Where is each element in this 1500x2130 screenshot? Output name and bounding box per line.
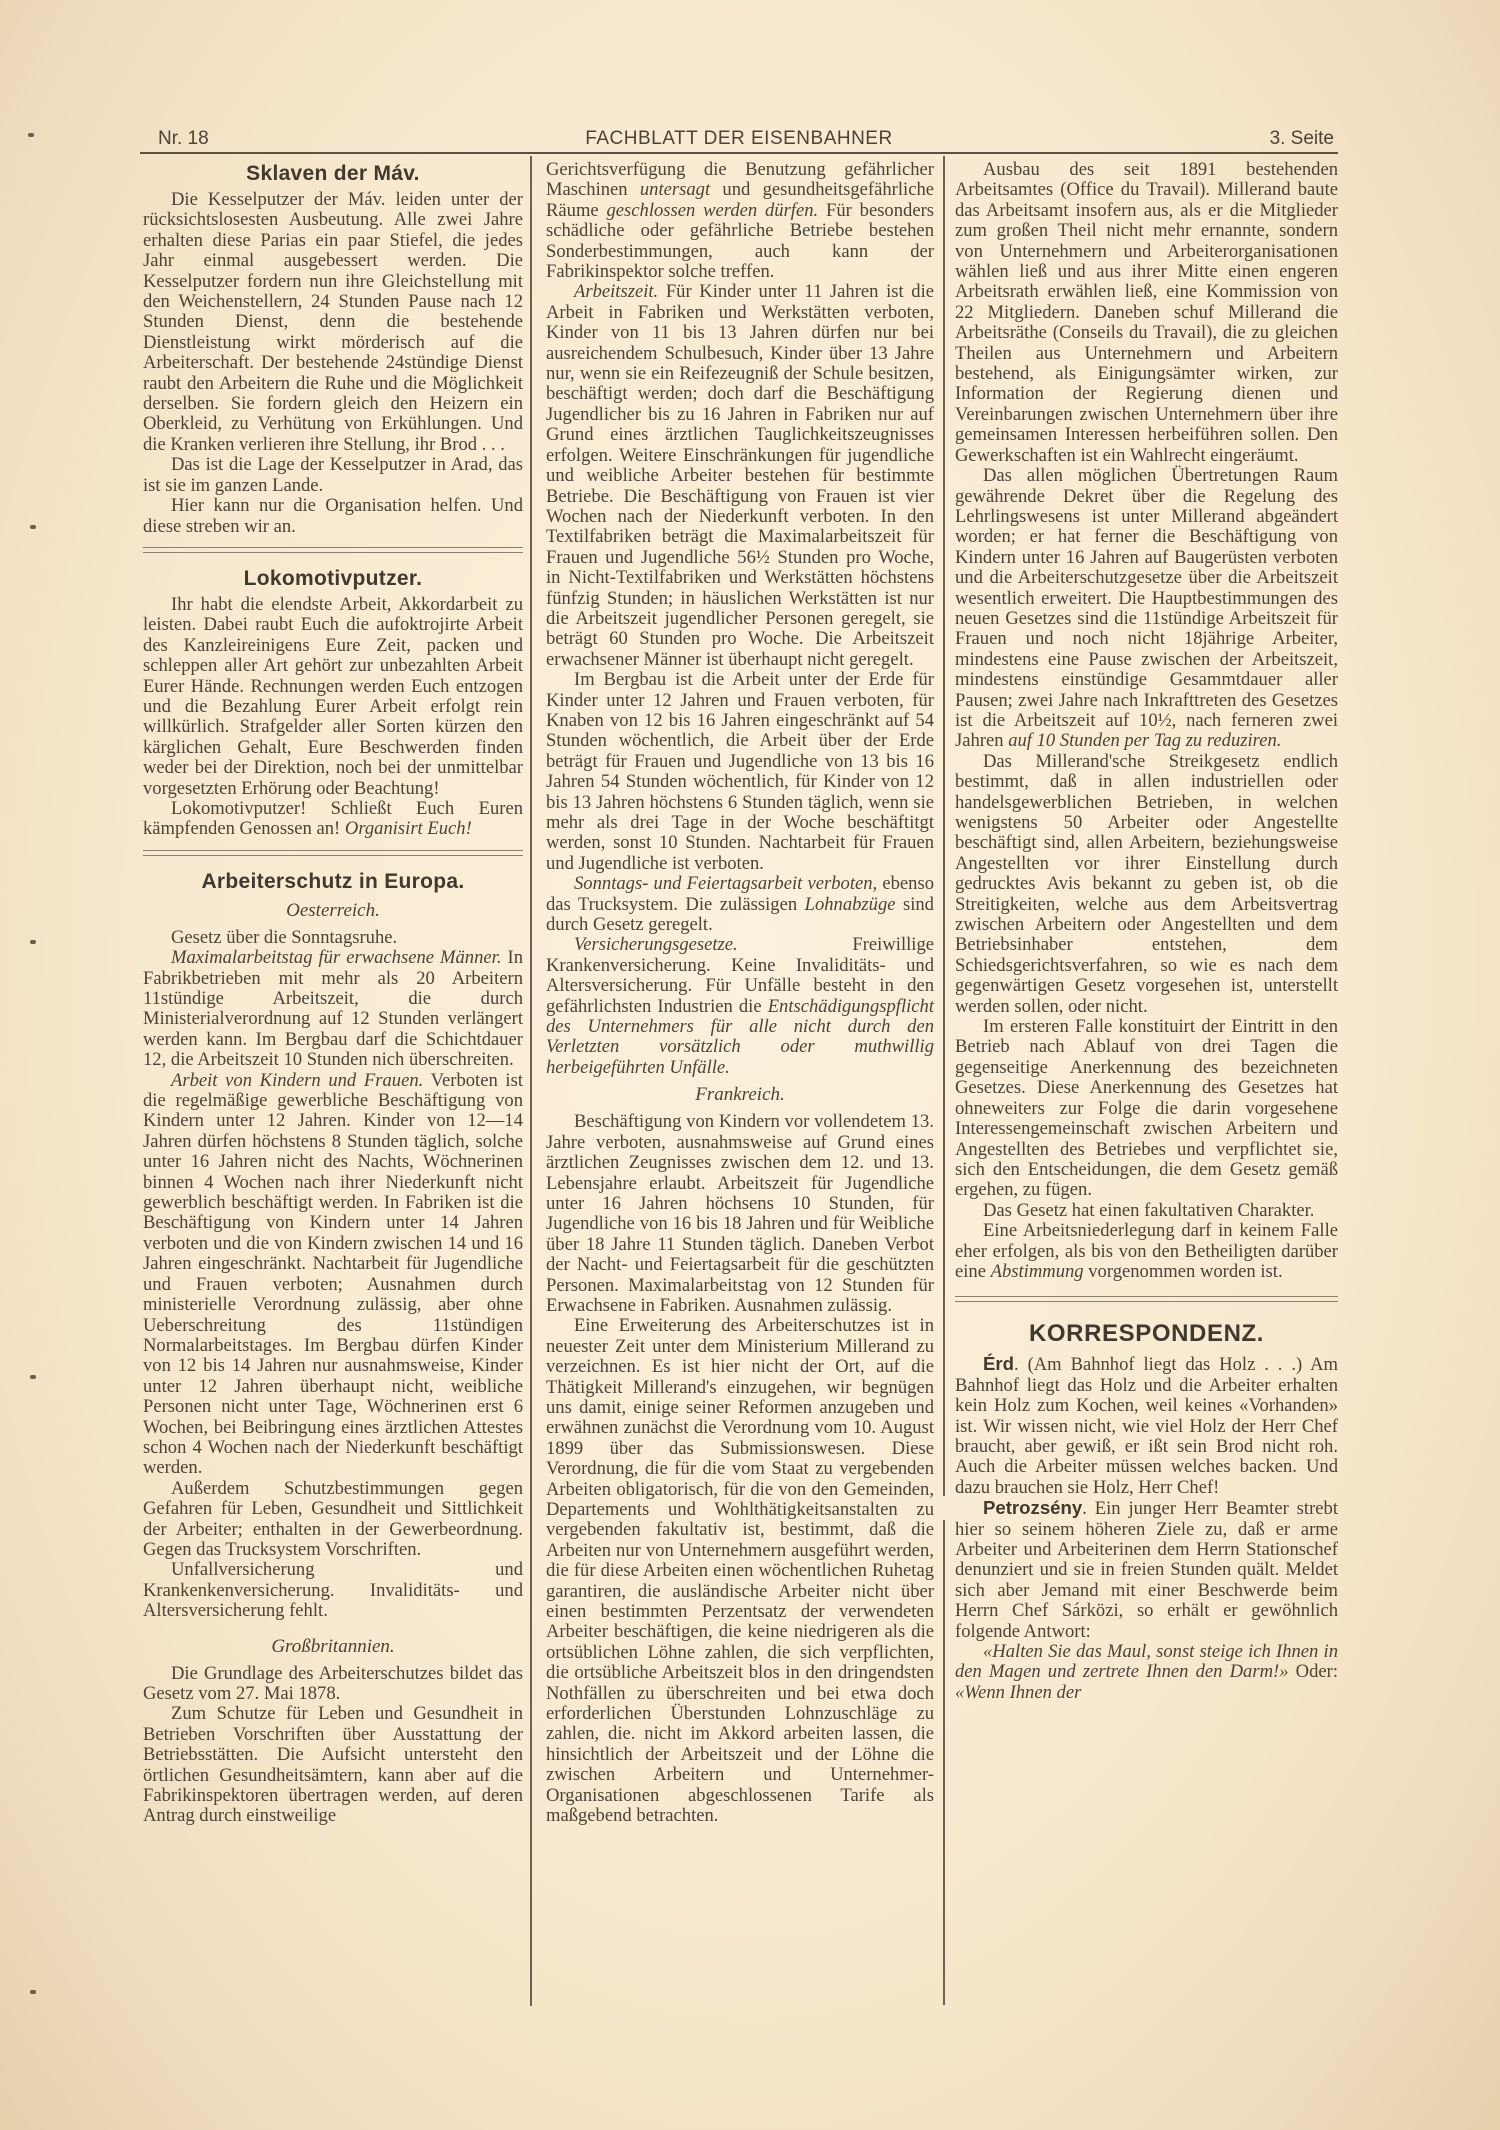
text: vorgenommen worden ist.	[1084, 1261, 1283, 1282]
article-arbeiterschutz: Arbeiterschutz in Europa. Oesterreich. G…	[143, 870, 523, 1827]
article-title: Lokomotivputzer.	[143, 567, 523, 591]
section-heading-grossbritannien: Großbritannien.	[143, 1636, 523, 1658]
column-divider	[943, 1520, 945, 2005]
text: Für Kinder unter 11 Jahren ist die Arbei…	[546, 281, 934, 669]
correspondence-petrozseny: Petrozsény. Ein junger Herr Beamter stre…	[955, 1498, 1338, 1642]
column-divider	[530, 156, 532, 2006]
paragraph: Beschäftigung von Kindern vor vollendete…	[546, 1112, 934, 1316]
article-title: KORRESPONDENZ.	[955, 1322, 1338, 1346]
paragraph: Arbeit von Kindern und Frauen. Verboten …	[143, 1071, 523, 1479]
margin-mark	[30, 525, 36, 529]
emphasis: auf 10 Stunden per Tag zu reduziren.	[1008, 730, 1281, 751]
paragraph: Im ersteren Falle konstituirt der Eintri…	[955, 1017, 1338, 1201]
article-separator	[143, 850, 523, 856]
paragraph: Ihr habt die elendste Arbeit, Akkordarbe…	[143, 595, 523, 799]
margin-mark	[28, 133, 34, 137]
paragraph: Gesetz über die Sonntagsruhe.	[143, 928, 523, 948]
text: Verboten ist die regelmäßige gewerbliche…	[143, 1070, 523, 1479]
masthead-title: FACHBLATT DER EISENBAHNER	[140, 128, 1338, 150]
paragraph: Arbeitszeit. Für Kinder unter 11 Jahren …	[546, 282, 934, 670]
paragraph: Zum Schutze für Leben und Gesundheit in …	[143, 1704, 523, 1826]
emphasis: Maximalarbeitstag für erwachsene Männer.	[171, 947, 501, 968]
margin-mark	[30, 1375, 36, 1379]
paragraph: Das ist die Lage der Kesselputzer in Ara…	[143, 455, 523, 496]
emphasis: «Halten Sie das Maul, sonst steige ich I…	[955, 1641, 1338, 1682]
page-header: Nr. 18 FACHBLATT DER EISENBAHNER 3. Seit…	[140, 126, 1338, 154]
paragraph: Versicherungsgesetze. Freiwillige Kranke…	[546, 935, 934, 1078]
article-title: Arbeiterschutz in Europa.	[143, 870, 523, 894]
emphasis: Arbeitszeit.	[574, 281, 658, 302]
emphasis: geschlossen werden dürfen.	[606, 200, 818, 221]
column-2: Gerichtsverfügung die Benutzung gefährli…	[546, 160, 934, 1827]
place-name: Érd	[983, 1353, 1014, 1374]
paragraph: Im Bergbau ist die Arbeit unter der Erde…	[546, 670, 934, 874]
paragraph: Das Gesetz hat einen fakultativen Charak…	[955, 1201, 1338, 1221]
paragraph: Sonntags- und Feiertagsarbeit verboten, …	[546, 874, 934, 935]
paragraph: Die Kesselputzer der Máv. leiden unter d…	[143, 190, 523, 455]
emphasis: untersagt	[640, 179, 710, 200]
article-sklaven-der-mav: Sklaven der Máv. Die Kesselputzer der Má…	[143, 162, 523, 537]
article-korrespondenz: KORRESPONDENZ. Érd. (Am Bahnhof liegt da…	[955, 1322, 1338, 1703]
paragraph: Maximalarbeitstag für erwachsene Männer.…	[143, 948, 523, 1070]
paragraph: Das Millerand'sche Streikgesetz endlich …	[955, 752, 1338, 1017]
article-title: Sklaven der Máv.	[143, 162, 523, 186]
section-heading-frankreich: Frankreich.	[546, 1084, 934, 1106]
emphasis: Organisirt Euch!	[345, 818, 472, 839]
paragraph: Hier kann nur die Organisation helfen. U…	[143, 496, 523, 537]
text: Oder:	[1289, 1661, 1339, 1682]
paragraph: Eine Erweiterung des Arbeiterschutzes is…	[546, 1316, 934, 1826]
column-1: Sklaven der Máv. Die Kesselputzer der Má…	[143, 160, 523, 1827]
paragraph: Das allen möglichen Übertretungen Raum g…	[955, 466, 1338, 752]
paragraph: Die Grundlage des Arbeiterschutzes bilde…	[143, 1664, 523, 1705]
quote: «Halten Sie das Maul, sonst steige ich I…	[955, 1642, 1338, 1703]
emphasis: Sonntags- und Feiertagsarbeit verboten,	[574, 873, 877, 894]
section-heading-oesterreich: Oesterreich.	[143, 900, 523, 922]
page-number: 3. Seite	[1270, 128, 1334, 150]
emphasis: Arbeit von Kindern und Frauen.	[171, 1070, 423, 1091]
emphasis: Versicherungsgesetze.	[574, 934, 738, 955]
paragraph: Gerichtsverfügung die Benutzung gefährli…	[546, 160, 934, 282]
text: . Ein junger Herr Beamter strebt hier so…	[955, 1498, 1338, 1641]
newspaper-page: Nr. 18 FACHBLATT DER EISENBAHNER 3. Seit…	[0, 0, 1500, 2130]
correspondence-erd: Érd. (Am Bahnhof liegt das Holz . . .) A…	[955, 1354, 1338, 1498]
paragraph: Eine Arbeitsniederlegung darf in keinem …	[955, 1221, 1338, 1282]
text: . (Am Bahnhof liegt das Holz . . .) Am B…	[955, 1354, 1338, 1497]
article-separator	[143, 547, 523, 553]
emphasis: «Wenn Ihnen der	[955, 1682, 1081, 1703]
paragraph: Lokomotivputzer! Schließt Euch Euren käm…	[143, 799, 523, 840]
paragraph: Außerdem Schutzbestimmungen gegen Gefahr…	[143, 1479, 523, 1561]
emphasis: Lohnabzüge	[805, 894, 896, 915]
paragraph: Ausbau des seit 1891 bestehenden Arbeits…	[955, 160, 1338, 466]
column-divider	[943, 156, 945, 1496]
paragraph: Unfallversicherung und Krankenkenversich…	[143, 1560, 523, 1621]
emphasis: Abstimmung	[991, 1261, 1084, 1282]
text: Das allen möglichen Übertretungen Raum g…	[955, 465, 1338, 751]
article-separator	[955, 1296, 1338, 1302]
article-lokomotivputzer: Lokomotivputzer. Ihr habt die elendste A…	[143, 567, 523, 840]
margin-mark	[30, 1990, 36, 1994]
margin-mark	[30, 940, 36, 944]
place-name: Petrozsény	[983, 1497, 1082, 1518]
column-3: Ausbau des seit 1891 bestehenden Arbeits…	[955, 160, 1338, 1703]
